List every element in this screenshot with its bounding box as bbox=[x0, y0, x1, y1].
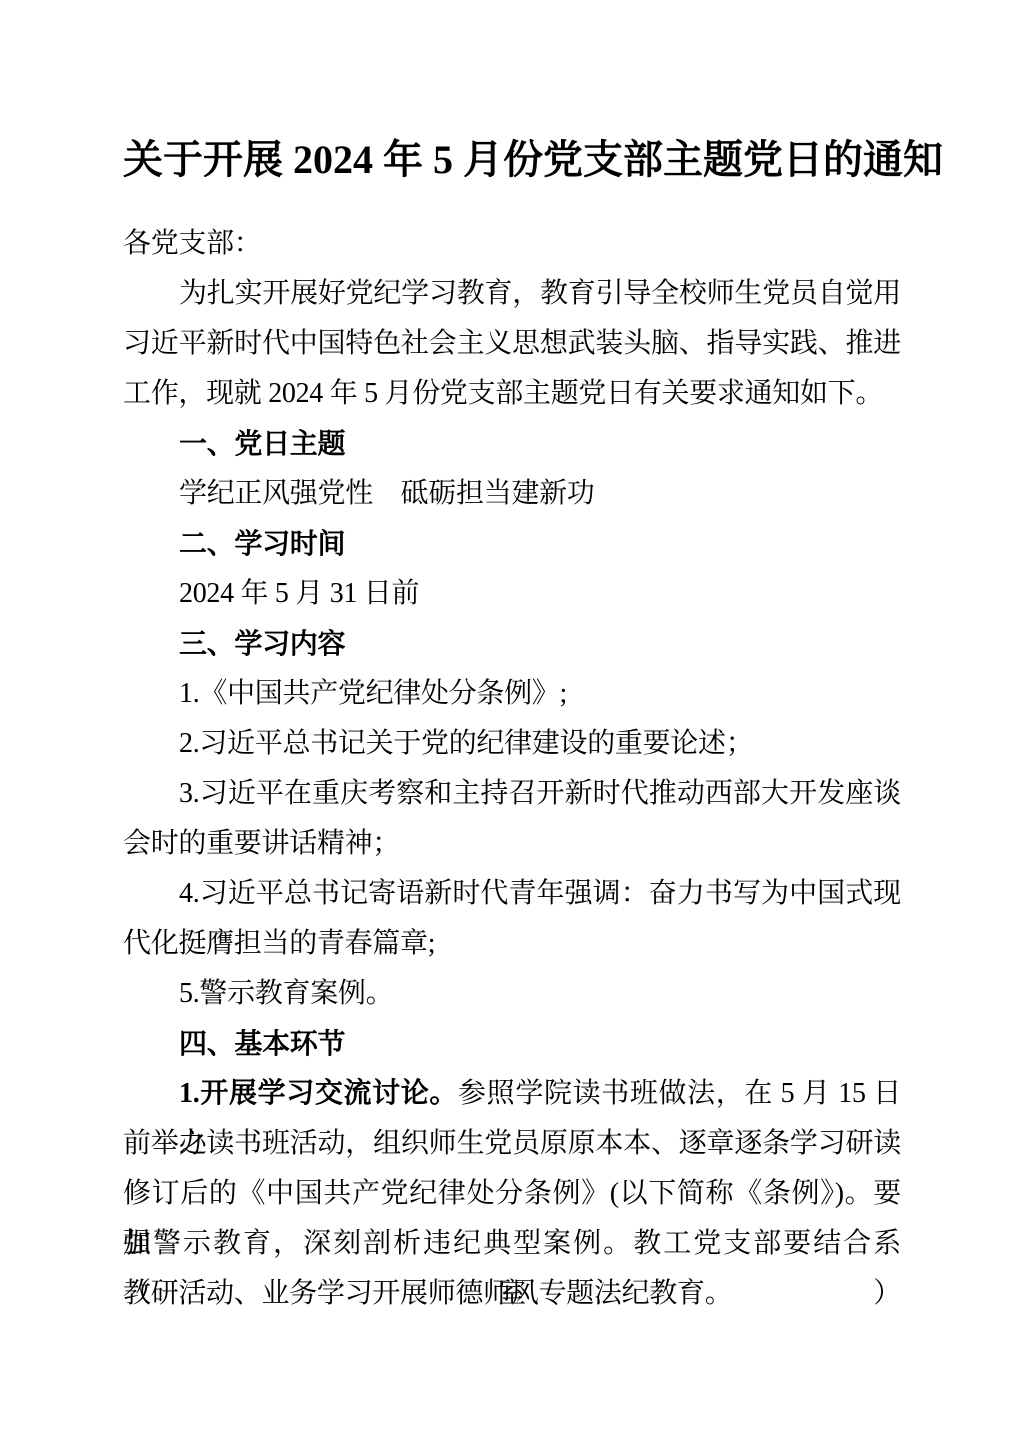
text-line: 各党支部： bbox=[123, 219, 901, 269]
text-line: 代化挺膺担当的青春篇章; bbox=[123, 919, 901, 969]
text-line: 1.《中国共产党纪律处分条例》; bbox=[123, 669, 901, 719]
text-line: 5.警示教育案例。 bbox=[123, 969, 901, 1019]
text-line: 2.习近平总书记关于党的纪律建设的重要论述； bbox=[123, 719, 901, 769]
paragraph-block: 为扎实开展好党纪学习教育，教育引导全校师生党员自觉用习近平新时代中国特色社会主义… bbox=[123, 269, 901, 419]
text-line: 学纪正风强党性 砥砺担当建新功 bbox=[123, 469, 901, 519]
document-title: 关于开展 2024 年 5 月份党支部主题党日的通知 bbox=[123, 134, 901, 186]
section-heading: 三、学习内容 bbox=[123, 619, 901, 669]
text-line: 4.习近平总书记寄语新时代青年强调：奋力书写为中国式现 bbox=[123, 869, 901, 919]
text-line: 会时的重要讲话精神； bbox=[123, 819, 901, 869]
paragraph-block: 3.习近平在重庆考察和主持召开新时代推动西部大开发座谈会时的重要讲话精神； bbox=[123, 769, 901, 869]
text-line: 工作，现就 2024 年 5 月份党支部主题党日有关要求通知如下。 bbox=[123, 369, 901, 419]
text-line: 为扎实开展好党纪学习教育，教育引导全校师生党员自觉用 bbox=[123, 269, 901, 319]
paragraph-block: 5.警示教育案例。 bbox=[123, 969, 901, 1019]
paragraph-block: 2.习近平总书记关于党的纪律建设的重要论述； bbox=[123, 719, 901, 769]
text-line: 修订后的《中国共产党纪律处分条例》(以下简称《条例》)。要加 bbox=[123, 1169, 901, 1219]
document-page: 关于开展 2024 年 5 月份党支部主题党日的通知 各党支部：为扎实开展好党纪… bbox=[0, 0, 1024, 1448]
page-content: 关于开展 2024 年 5 月份党支部主题党日的通知 各党支部：为扎实开展好党纪… bbox=[0, 0, 1024, 1319]
paragraph-block: 4.习近平总书记寄语新时代青年强调：奋力书写为中国式现代化挺膺担当的青春篇章; bbox=[123, 869, 901, 969]
heading-block: 二、学习时间 bbox=[123, 519, 901, 569]
text-line: 2024 年 5 月 31 日前 bbox=[123, 569, 901, 619]
paragraph-block: 2024 年 5 月 31 日前 bbox=[123, 569, 901, 619]
paragraph-block: 1.开展学习交流讨论。参照学院读书班做法，在 5 月 15 日之前举办读书班活动… bbox=[123, 1069, 901, 1319]
text-line: 习近平新时代中国特色社会主义思想武装头脑、指导实践、推进 bbox=[123, 319, 901, 369]
paragraph-block: 学纪正风强党性 砥砺担当建新功 bbox=[123, 469, 901, 519]
section-heading: 二、学习时间 bbox=[123, 519, 901, 569]
text-line: 强警示教育，深刻剖析违纪典型案例。教工党支部要结合系（室） bbox=[123, 1219, 901, 1269]
paragraph-block: 1.《中国共产党纪律处分条例》; bbox=[123, 669, 901, 719]
section-heading: 一、党日主题 bbox=[123, 419, 901, 469]
document-body: 各党支部：为扎实开展好党纪学习教育，教育引导全校师生党员自觉用习近平新时代中国特… bbox=[123, 219, 901, 1319]
heading-block: 一、党日主题 bbox=[123, 419, 901, 469]
heading-block: 四、基本环节 bbox=[123, 1019, 901, 1069]
text-line: 1.开展学习交流讨论。参照学院读书班做法，在 5 月 15 日之 bbox=[123, 1069, 901, 1119]
salutation-block: 各党支部： bbox=[123, 219, 901, 269]
text-line: 前举办读书班活动，组织师生党员原原本本、逐章逐条学习研读 bbox=[123, 1119, 901, 1169]
text-line: 3.习近平在重庆考察和主持召开新时代推动西部大开发座谈 bbox=[123, 769, 901, 819]
section-heading: 四、基本环节 bbox=[123, 1019, 901, 1069]
bold-run: 1.开展学习交流讨论。 bbox=[179, 1078, 458, 1109]
heading-block: 三、学习内容 bbox=[123, 619, 901, 669]
